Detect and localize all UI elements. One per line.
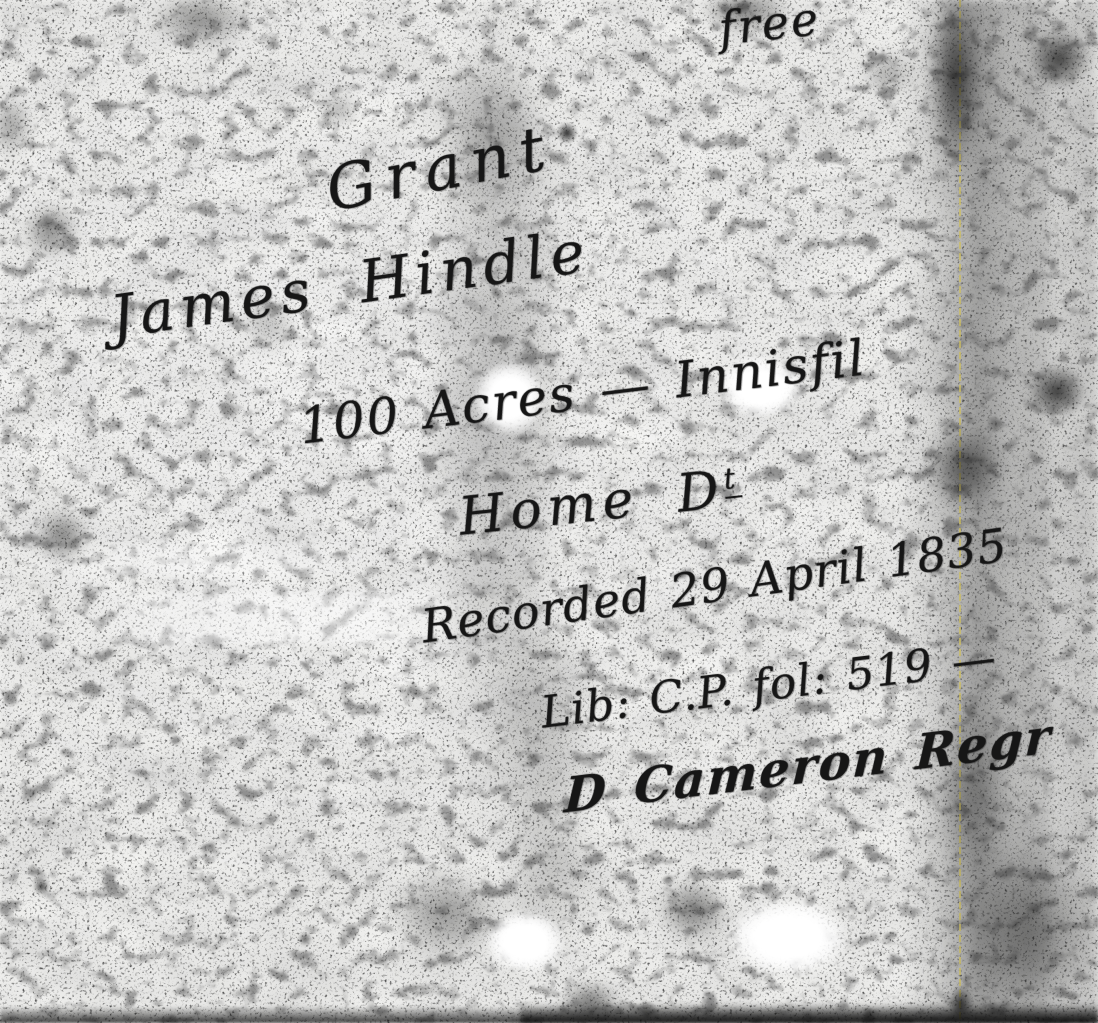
ink-stain	[1028, 28, 1090, 90]
bleach-spot	[484, 910, 566, 974]
ink-stain	[318, 92, 360, 128]
bleach-spot	[58, 544, 363, 576]
ink-stain	[298, 932, 312, 946]
ink-stain	[1028, 363, 1086, 420]
ink-stain	[556, 122, 578, 144]
ink-stain	[925, 425, 1003, 510]
ink-stain	[955, 835, 1098, 1023]
ink-stain	[33, 878, 50, 895]
district-superscript: t	[722, 460, 743, 499]
ink-stain	[22, 202, 80, 260]
ink-stain	[558, 982, 620, 1022]
document-scan: free Grant James Hindle 100 Acres — Inni…	[0, 0, 1098, 1023]
bleach-spot	[726, 898, 850, 976]
ink-stain	[948, 985, 974, 1023]
ink-stain	[658, 878, 730, 940]
ink-stain	[862, 50, 914, 98]
